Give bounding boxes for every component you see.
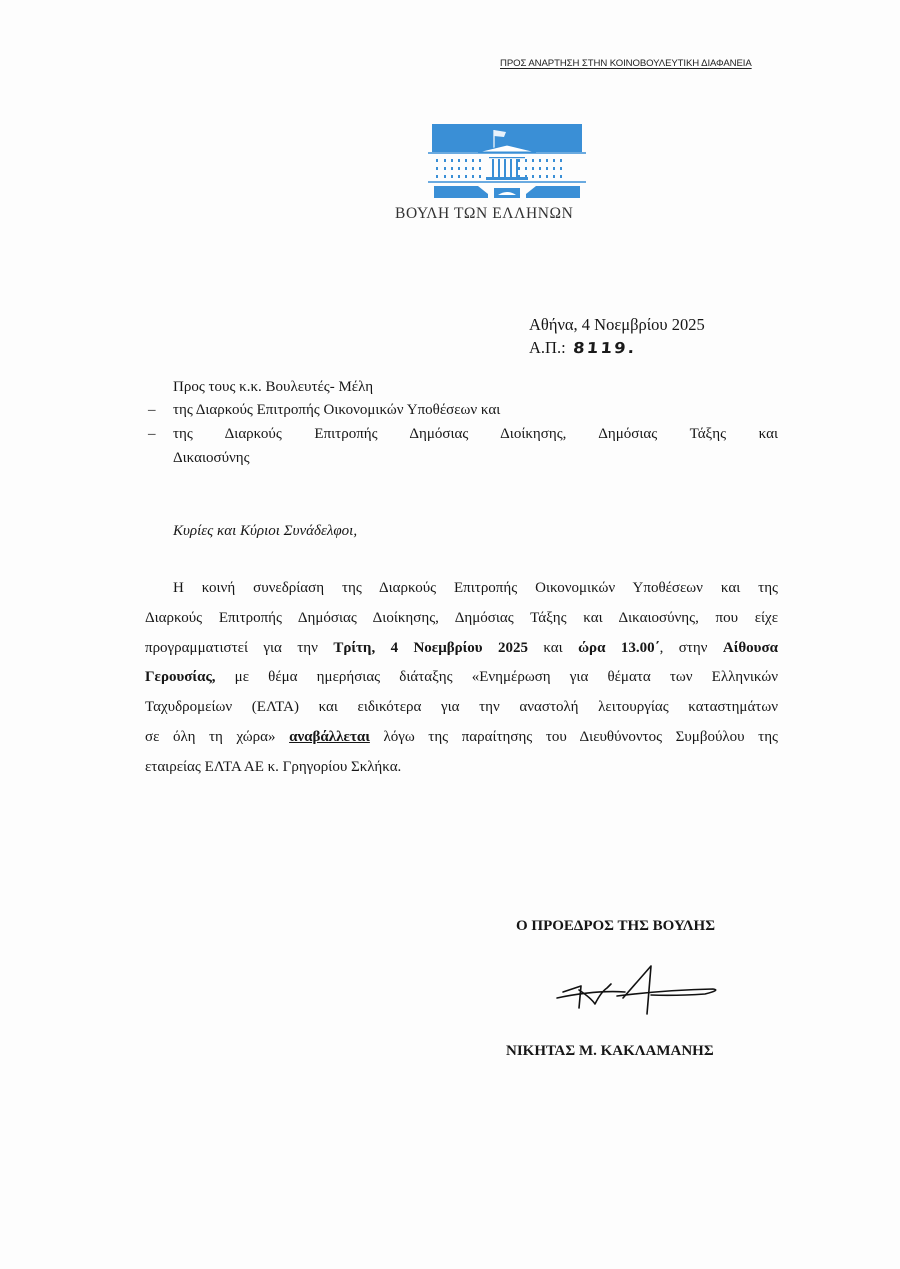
body-text: λόγω της παραίτησης του Διευθύνοντος Συμ… — [370, 729, 778, 745]
body-line: προγραμματιστεί για την Τρίτη, 4 Νοεμβρί… — [145, 640, 778, 660]
emphasis-underlined: αναβάλλεται — [289, 729, 370, 745]
emphasis-bold: ώρα 13.00΄ — [578, 640, 660, 656]
body-text: Ταχυδρομείων (ΕΛΤΑ) και ειδικότερα για τ… — [145, 699, 778, 715]
recipient-bullet: – — [148, 402, 156, 419]
protocol-handwritten-number: 8119. — [572, 339, 637, 357]
transparency-notice: ΠΡΟΣ ΑΝΑΡΤΗΣΗ ΣΤΗΝ ΚΟΙΝΟΒΟΥΛΕΥΤΙΚΗ ΔΙΑΦΑ… — [500, 58, 783, 69]
recipient-bullet: – — [148, 426, 156, 443]
body-text: εταιρείας ΕΛΤΑ ΑΕ κ. Γρηγορίου Σκλήκα. — [145, 759, 401, 775]
organization-name: ΒΟΥΛΗ ΤΩΝ ΕΛΛΗΝΩΝ — [395, 205, 625, 223]
body-line: Γερουσίας, με θέμα ημερήσιας διάταξης «Ε… — [145, 669, 778, 689]
emphasis-bold: Αίθουσα — [723, 640, 778, 656]
protocol-number: Α.Π.:8119. — [529, 338, 633, 358]
body-text: Η κοινή συνεδρίαση της Διαρκούς Επιτροπή… — [173, 580, 778, 596]
recipient-public-admin-committee: της Διαρκούς Επιτροπής Δημόσιας Διοίκηση… — [173, 426, 778, 446]
parliament-building-icon — [428, 124, 586, 200]
body-line: Η κοινή συνεδρίαση της Διαρκούς Επιτροπή… — [173, 580, 778, 600]
emphasis-bold: Τρίτη, 4 Νοεμβρίου 2025 — [333, 640, 528, 656]
handwritten-signature-icon — [555, 962, 735, 1022]
body-line: σε όλη τη χώρα» αναβάλλεται λόγω της παρ… — [145, 729, 778, 749]
body-text: , στην — [660, 640, 723, 656]
body-text: σε όλη τη χώρα» — [145, 729, 289, 745]
recipients-intro: Προς τους κ.κ. Βουλευτές- Μέλη — [173, 379, 373, 396]
body-line: Διαρκούς Επιτροπής Δημόσιας Διοίκησης, Δ… — [145, 610, 778, 630]
emphasis-bold: Γερουσίας, — [145, 669, 216, 685]
body-text: Διαρκούς Επιτροπής Δημόσιας Διοίκησης, Δ… — [145, 610, 778, 626]
signatory-title: Ο ΠΡΟΕΔΡΟΣ ΤΗΣ ΒΟΥΛΗΣ — [516, 918, 715, 935]
body-text: προγραμματιστεί για την — [145, 640, 333, 656]
protocol-label: Α.Π.: — [529, 338, 566, 357]
signatory-name: ΝΙΚΗΤΑΣ Μ. ΚΑΚΛΑΜΑΝΗΣ — [506, 1043, 714, 1060]
body-line: Ταχυδρομείων (ΕΛΤΑ) και ειδικότερα για τ… — [145, 699, 778, 719]
recipient-public-admin-committee-cont: Δικαιοσύνης — [173, 450, 250, 467]
body-text: και — [528, 640, 578, 656]
body-text: με θέμα ημερήσιας διάταξης «Ενημέρωση γι… — [216, 669, 778, 685]
dateline: Αθήνα, 4 Νοεμβρίου 2025 — [529, 315, 705, 335]
recipient-finance-committee: της Διαρκούς Επιτροπής Οικονομικών Υποθέ… — [173, 402, 500, 419]
salutation: Κυρίες και Κύριοι Συνάδελφοι, — [173, 523, 357, 540]
body-line: εταιρείας ΕΛΤΑ ΑΕ κ. Γρηγορίου Σκλήκα. — [145, 759, 778, 779]
